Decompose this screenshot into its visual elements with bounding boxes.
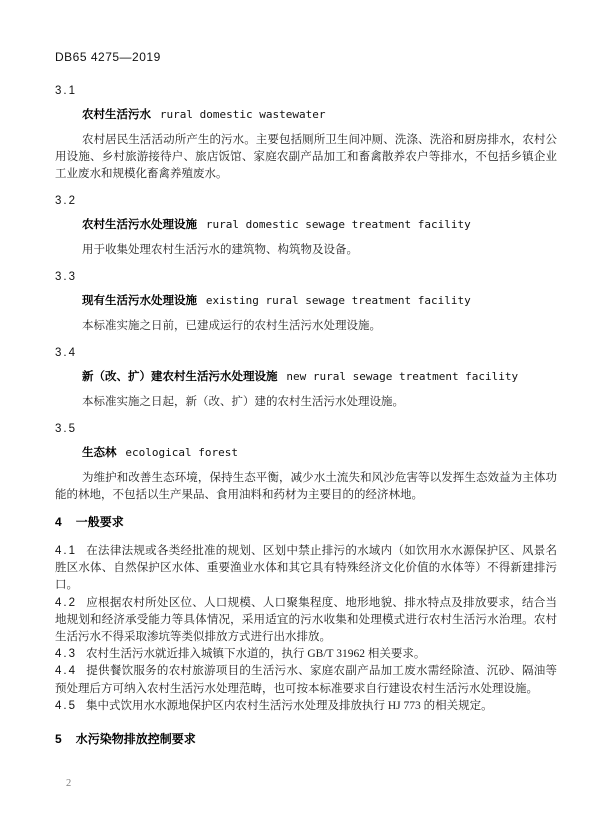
term-block-3-1: 3.1 农村生活污水 rural domestic wastewater 农村居… (55, 84, 557, 183)
term-title: 农村生活污水处理设施 rural domestic sewage treatme… (82, 217, 557, 233)
section-number: 4 (55, 515, 63, 529)
section-title: 水污染物排放控制要求 (76, 732, 196, 746)
term-block-3-3: 3.3 现有生活污水处理设施 existing rural sewage tre… (55, 270, 557, 335)
term-title: 新（改、扩）建农村生活污水处理设施 new rural sewage treat… (82, 369, 557, 385)
term-number: 3.3 (55, 270, 557, 284)
term-number: 3.4 (55, 346, 557, 360)
document-number-header: DB65 4275—2019 (55, 50, 557, 64)
clause-text: 在法律法规或各类经批准的规划、区划中禁止排污的水域内（如饮用水水源保护区、风景名… (55, 545, 557, 591)
term-name-en: new rural sewage treatment facility (286, 370, 518, 383)
term-definition: 用于收集处理农村生活污水的建筑物、构筑物及设备。 (55, 242, 557, 259)
term-number: 3.5 (55, 422, 557, 436)
clause-text: 提供餐饮服务的农村旅游项目的生活污水、家庭农副产品加工废水需经除渣、沉砂、隔油等… (55, 665, 557, 694)
clause-number: 4.5 (55, 700, 77, 712)
term-name-zh: 农村生活污水 (82, 109, 151, 121)
section-title: 一般要求 (76, 515, 124, 529)
clause-4-1: 4.1在法律法规或各类经批准的规划、区划中禁止排污的水域内（如饮用水水源保护区、… (55, 543, 557, 595)
clause-4-2: 4.2应根据农村所处区位、人口规模、人口聚集程度、地形地貌、排水特点及排放要求，… (55, 595, 557, 647)
clause-number: 4.4 (55, 665, 77, 677)
section-4-heading: 4一般要求 (55, 515, 557, 530)
clause-4-4: 4.4提供餐饮服务的农村旅游项目的生活污水、家庭农副产品加工废水需经除渣、沉砂、… (55, 663, 557, 697)
clause-4-5: 4.5集中式饮用水水源地保护区内农村生活污水处理及排放执行 HJ 773 的相关… (55, 698, 557, 715)
section-number: 5 (55, 732, 63, 746)
term-title: 农村生活污水 rural domestic wastewater (82, 107, 557, 123)
term-block-3-2: 3.2 农村生活污水处理设施 rural domestic sewage tre… (55, 194, 557, 259)
term-name-zh: 新（改、扩）建农村生活污水处理设施 (82, 371, 278, 383)
term-number: 3.1 (55, 84, 557, 98)
term-definition: 本标准实施之日起，新（改、扩）建的农村生活污水处理设施。 (55, 394, 557, 411)
clause-text: 集中式饮用水水源地保护区内农村生活污水处理及排放执行 HJ 773 的相关规定。 (86, 700, 493, 712)
clause-text: 农村生活污水就近排入城镇下水道的，执行 GB/T 31962 相关要求。 (86, 648, 425, 660)
term-number: 3.2 (55, 194, 557, 208)
term-title: 现有生活污水处理设施 existing rural sewage treatme… (82, 293, 557, 309)
clause-text: 应根据农村所处区位、人口规模、人口聚集程度、地形地貌、排水特点及排放要求，结合当… (55, 597, 557, 643)
term-name-zh: 生态林 (82, 447, 117, 459)
general-requirements-section: 4一般要求 4.1在法律法规或各类经批准的规划、区划中禁止排污的水域内（如饮用水… (55, 515, 557, 715)
clause-number: 4.1 (55, 545, 77, 557)
term-title: 生态林 ecological forest (82, 445, 557, 461)
term-definition: 为维护和改善生态环境，保持生态平衡，减少水土流失和风沙危害等以发挥生态效益为主体… (55, 470, 557, 504)
section-5-heading: 5水污染物排放控制要求 (55, 732, 557, 747)
term-name-zh: 农村生活污水处理设施 (82, 219, 197, 231)
clause-number: 4.2 (55, 597, 77, 609)
document-page: DB65 4275—2019 3.1 农村生活污水 rural domestic… (0, 0, 611, 830)
term-name-en: rural domestic sewage treatment facility (206, 218, 471, 231)
term-block-3-4: 3.4 新（改、扩）建农村生活污水处理设施 new rural sewage t… (55, 346, 557, 411)
clause-number: 4.3 (55, 648, 77, 660)
term-name-en: existing rural sewage treatment facility (206, 294, 471, 307)
water-pollutant-section: 5水污染物排放控制要求 (55, 732, 557, 747)
term-definition: 农村居民生活活动所产生的污水。主要包括厕所卫生间冲厕、洗涤、洗浴和厨房排水，农村… (55, 132, 557, 183)
term-name-en: ecological forest (125, 446, 238, 459)
term-name-en: rural domestic wastewater (160, 108, 326, 121)
clause-4-3: 4.3农村生活污水就近排入城镇下水道的，执行 GB/T 31962 相关要求。 (55, 646, 557, 663)
page-number: 2 (66, 778, 71, 789)
terms-section: 3.1 农村生活污水 rural domestic wastewater 农村居… (55, 84, 557, 504)
term-name-zh: 现有生活污水处理设施 (82, 295, 197, 307)
term-block-3-5: 3.5 生态林 ecological forest 为维护和改善生态环境，保持生… (55, 422, 557, 504)
term-definition: 本标准实施之日前，已建成运行的农村生活污水处理设施。 (55, 318, 557, 335)
